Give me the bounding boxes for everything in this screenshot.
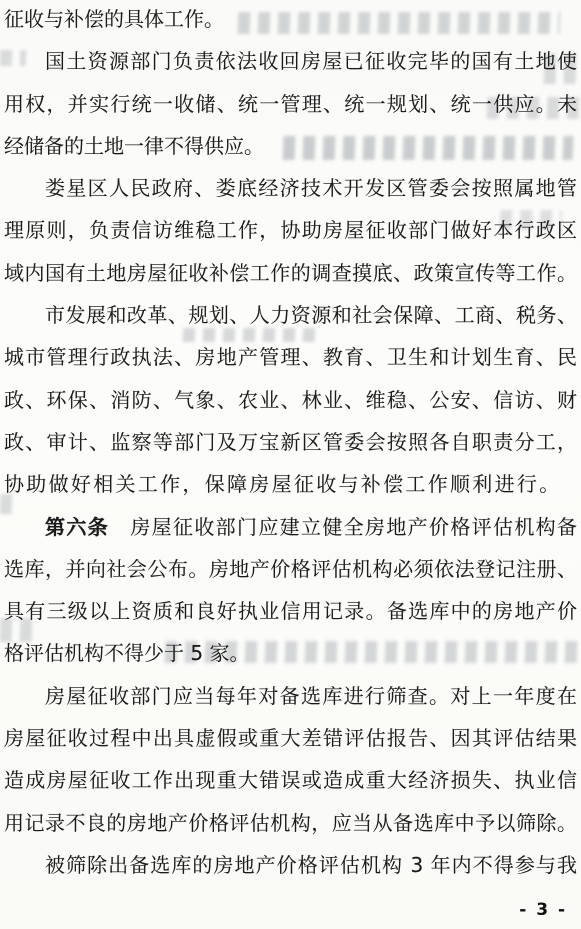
document-page: 征收与补偿的具体工作。国土资源部门负责依法收回房屋已征收完毕的国有土地使用权，并… — [0, 0, 581, 929]
text-line: 域内国有土地房屋征收补偿工作的调查摸底、政策宣传等工作。 — [4, 252, 577, 294]
text-line: 用记录不良的房地产价格评估机构，应当从备选库中予以筛除。 — [4, 802, 577, 844]
text-line: 城市管理行政执法、房地产管理、教育、卫生和计划生育、民 — [4, 336, 577, 378]
text-line: 房屋征收部门应当每年对备选库进行筛查。对上一年度在 — [4, 675, 577, 717]
text-line: 具有三级以上资质和良好执业信用记录。备选库中的房地产价 — [4, 590, 577, 632]
text-line: 经储备的土地一律不得供应。 — [4, 125, 577, 167]
document-text: 征收与补偿的具体工作。国土资源部门负责依法收回房屋已征收完毕的国有土地使用权，并… — [4, 0, 577, 886]
text-line: 市发展和改革、规划、人力资源和社会保障、工商、税务、 — [4, 294, 577, 336]
text-line: 房屋征收过程中出具虚假或重大差错评估报告、因其评估结果 — [4, 717, 577, 759]
text-line: 协助做好相关工作，保障房屋征收与补偿工作顺利进行。 — [4, 463, 577, 505]
text-line: 选库，并向社会公布。房地产价格评估机构必须依法登记注册、 — [4, 548, 577, 590]
text-line: 娄星区人民政府、娄底经济技术开发区管委会按照属地管 — [4, 167, 577, 209]
text-line: 征收与补偿的具体工作。 — [4, 0, 577, 40]
text-line: 造成房屋征收工作出现重大错误或造成重大经济损失、执业信 — [4, 759, 577, 801]
text-line: 理原则，负责信访维稳工作，协助房屋征收部门做好本行政区 — [4, 209, 577, 251]
page-number: - 3 - — [519, 900, 567, 920]
text-line: 政、环保、消防、气象、农业、林业、维稳、公安、信访、财 — [4, 379, 577, 421]
text-line: 国土资源部门负责依法收回房屋已征收完毕的国有土地使 — [4, 40, 577, 82]
text-line: 用权，并实行统一收储、统一管理、统一规划、统一供应。未 — [4, 83, 577, 125]
article-number-heading: 第六条 — [45, 515, 109, 539]
text-line: 政、审计、监察等部门及万宝新区管委会按照各自职责分工， — [4, 421, 577, 463]
text-line: 格评估机构不得少于 5 家。 — [4, 632, 577, 674]
text-line: 被筛除出备选库的房地产价格评估机构 3 年内不得参与我 — [4, 844, 577, 886]
scanned-document: { "document": { "lines": [ { "text": "征收… — [0, 0, 581, 929]
text-line: 第六条 房屋征收部门应建立健全房地产价格评估机构备 — [4, 506, 577, 548]
